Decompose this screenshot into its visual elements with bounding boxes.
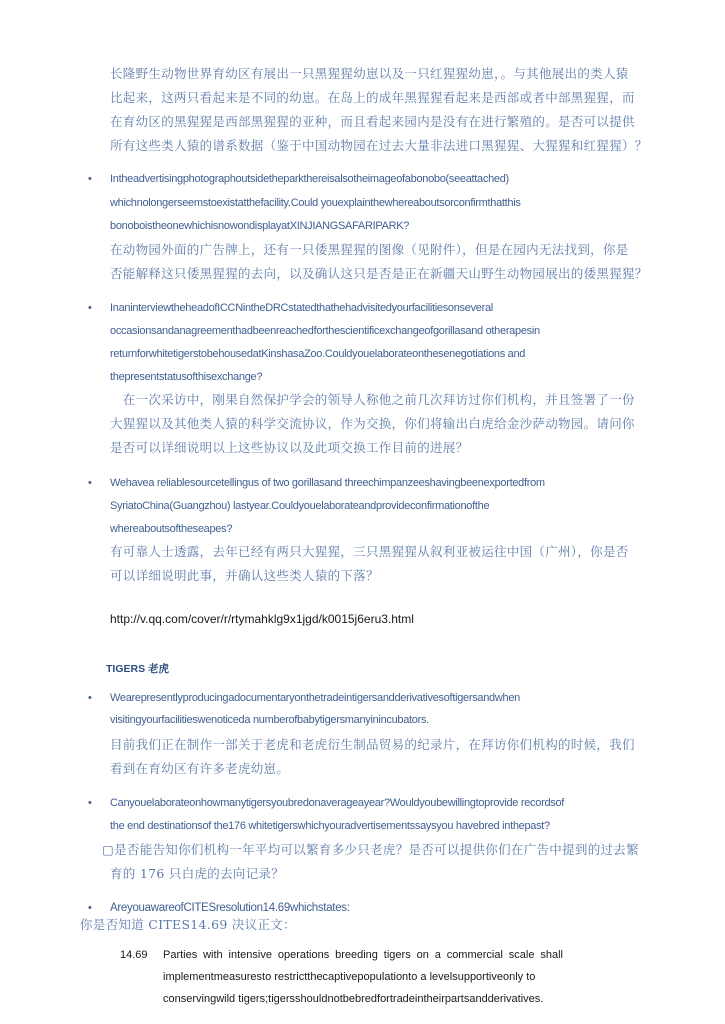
question-zh-line: 可以详细说明此事，并确认这些类人猿的下落？ bbox=[110, 566, 379, 584]
question-zh-line: 否能解释这只倭黑猩猩的去向，以及确认这只是否是正在新疆天山野生动物园展出的倭黑猩… bbox=[110, 264, 648, 282]
bullet-icon: • bbox=[88, 477, 92, 489]
question-en-line: InaninterviewtheheadofICCNintheDRCstated… bbox=[110, 302, 493, 314]
question-zh-line: 有可靠人士透露，去年已经有两只大猩猩，三只黑猩猩从叙利亚被运往中国（广州），你是… bbox=[110, 542, 629, 560]
video-link[interactable]: http://v.qq.com/cover/r/rtymahklg9x1jgd/… bbox=[110, 612, 414, 626]
intro-line: 长隆野生动物世界育幼区有展出一只黑猩猩幼崽以及一只红猩猩幼崽，。与其他展出的类人… bbox=[110, 64, 629, 82]
citation-line: Parties with intensive operations breedi… bbox=[163, 949, 563, 961]
citation-line: implementmeasuresto restrictthecaptivepo… bbox=[163, 971, 535, 983]
bullet-icon: • bbox=[88, 692, 92, 704]
question-zh-line: 你是否知道 CITES14.69 决议正文： bbox=[80, 915, 296, 933]
bullet-icon: • bbox=[88, 302, 92, 314]
question-en-line: visitingyourfacilitieswenoticeda numbero… bbox=[110, 714, 429, 726]
question-en-line: occasionsandanagreementhadbeenreachedfor… bbox=[110, 325, 540, 337]
question-zh-line: 看到在育幼区有许多老虎幼崽。 bbox=[110, 759, 289, 777]
intro-line: 所有这些类人猿的谱系数据（鉴于中国动物园在过去大量非法进口黑猩猩、大猩猩和红猩猩… bbox=[110, 136, 648, 154]
question-en-line: AreyouawareofCITESresolution14.69whichst… bbox=[110, 902, 350, 914]
question-en-line: Wehavea reliablesourcetellingus of two g… bbox=[110, 477, 545, 489]
question-zh-line: ▢是否能告知你们机构一年平均可以繁育多少只老虎？是否可以提供你们在广告中提到的过… bbox=[102, 840, 639, 858]
bullet-icon: • bbox=[88, 797, 92, 809]
citation-line: conservingwild tigers;tigersshouldnotbeb… bbox=[163, 993, 543, 1005]
question-en-line: whichnolongerseemstoexistatthefacility.C… bbox=[110, 197, 521, 209]
question-en-line: SyriatoChina(Guangzhou) lastyear.Couldyo… bbox=[110, 500, 489, 512]
intro-line: 比起来，这两只看起来是不同的幼崽。在岛上的成年黑猩猩看起来是西部或者中部黑猩猩，… bbox=[110, 88, 635, 106]
question-en-line: bonoboistheonewhichisnowondisplayatXINJI… bbox=[110, 220, 409, 232]
question-zh-line: 大猩猩以及其他类人猿的科学交流协议，作为交换，你们将输出白虎给金沙萨动物园。请问… bbox=[110, 414, 635, 432]
question-en-line: Wearepresentlyproducingadocumentaryonthe… bbox=[110, 692, 520, 704]
citation-number: 14.69 bbox=[120, 949, 148, 961]
question-en-line: Canyouelaborateonhowmanytigersyoubredona… bbox=[110, 797, 564, 809]
question-zh-line: 在动物园外面的广告牌上，还有一只倭黑猩猩的图像（见附件），但是在园内无法找到，你… bbox=[110, 240, 629, 258]
question-zh-line: 育的 176 只白虎的去向记录？ bbox=[110, 864, 284, 882]
question-en-line: returnforwhitetigerstobehousedatKinshasa… bbox=[110, 348, 525, 360]
question-zh-line: 在一次采访中，刚果自然保护学会的领导人称他之前几次拜访过你们机构，并且签署了一份 bbox=[110, 390, 635, 408]
question-zh-line: 是否可以详细说明以上这些协议以及此项交换工作目前的进展？ bbox=[110, 438, 468, 456]
document-page: 长隆野生动物世界育幼区有展出一只黑猩猩幼崽以及一只红猩猩幼崽，。与其他展出的类人… bbox=[0, 0, 725, 1024]
bullet-icon: • bbox=[88, 173, 92, 185]
question-en-line: thepresentstatusofthisexchange? bbox=[110, 371, 262, 383]
question-zh-line: 目前我们正在制作一部关于老虎和老虎衍生制品贸易的纪录片，在拜访你们机构的时候，我… bbox=[110, 735, 635, 753]
bullet-icon: • bbox=[88, 902, 92, 914]
section-heading-tigers: TIGERS 老虎 bbox=[106, 661, 169, 676]
intro-line: 在育幼区的黑猩猩是西部黑猩猩的亚种，而且看起来园内是没有在进行繁殖的。是否可以提… bbox=[110, 112, 635, 130]
question-en-line: the end destinationsof the176 whitetiger… bbox=[110, 820, 550, 832]
question-en-line: Intheadvertisingphotographoutsidethepark… bbox=[110, 173, 509, 185]
question-en-line: whereaboutsoftheseapes? bbox=[110, 523, 232, 535]
